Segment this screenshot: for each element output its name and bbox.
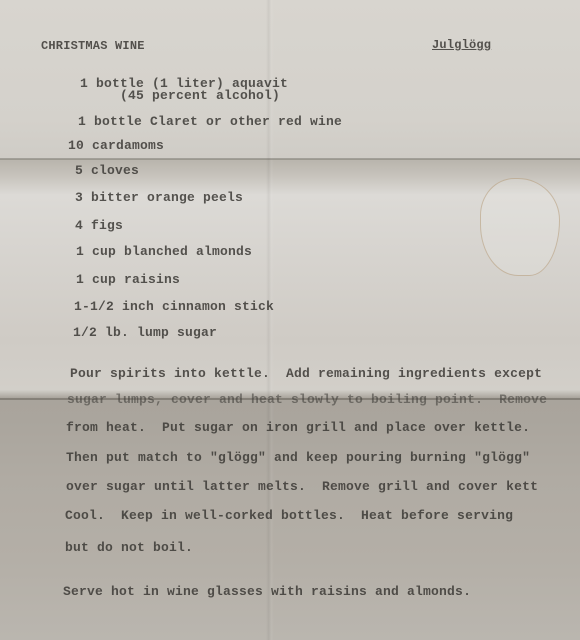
- ingredient-line: 10 cardamoms: [68, 138, 164, 153]
- instruction-line: over sugar until latter melts. Remove gr…: [66, 479, 538, 494]
- instruction-line: sugar lumps, cover and heat slowly to bo…: [67, 392, 547, 407]
- instruction-line: Pour spirits into kettle. Add remaining …: [70, 366, 542, 381]
- ingredient-line: 1 bottle Claret or other red wine: [78, 114, 342, 129]
- instruction-line: from heat. Put sugar on iron grill and p…: [66, 420, 530, 435]
- instruction-line: Then put match to "glögg" and keep pouri…: [66, 450, 530, 465]
- ingredient-line: 1/2 lb. lump sugar: [73, 325, 217, 340]
- ingredient-line: (45 percent alcohol): [120, 88, 280, 103]
- recipe-subtitle: Julglögg: [432, 38, 491, 52]
- serving-note: Serve hot in wine glasses with raisins a…: [63, 584, 471, 599]
- ingredient-line: 1 cup raisins: [76, 272, 180, 287]
- instruction-line: but do not boil.: [65, 540, 193, 555]
- ingredient-line: 5 cloves: [75, 163, 139, 178]
- ingredient-line: 1 cup blanched almonds: [76, 244, 252, 259]
- recipe-title: CHRISTMAS WINE: [41, 39, 145, 53]
- horizontal-fold-crease-top: [0, 158, 580, 160]
- ingredient-line: 3 bitter orange peels: [75, 190, 243, 205]
- water-stain: [480, 178, 560, 276]
- ingredient-line: 1-1/2 inch cinnamon stick: [74, 299, 274, 314]
- ingredient-line: 4 figs: [75, 218, 123, 233]
- instruction-line: Cool. Keep in well-corked bottles. Heat …: [65, 508, 513, 523]
